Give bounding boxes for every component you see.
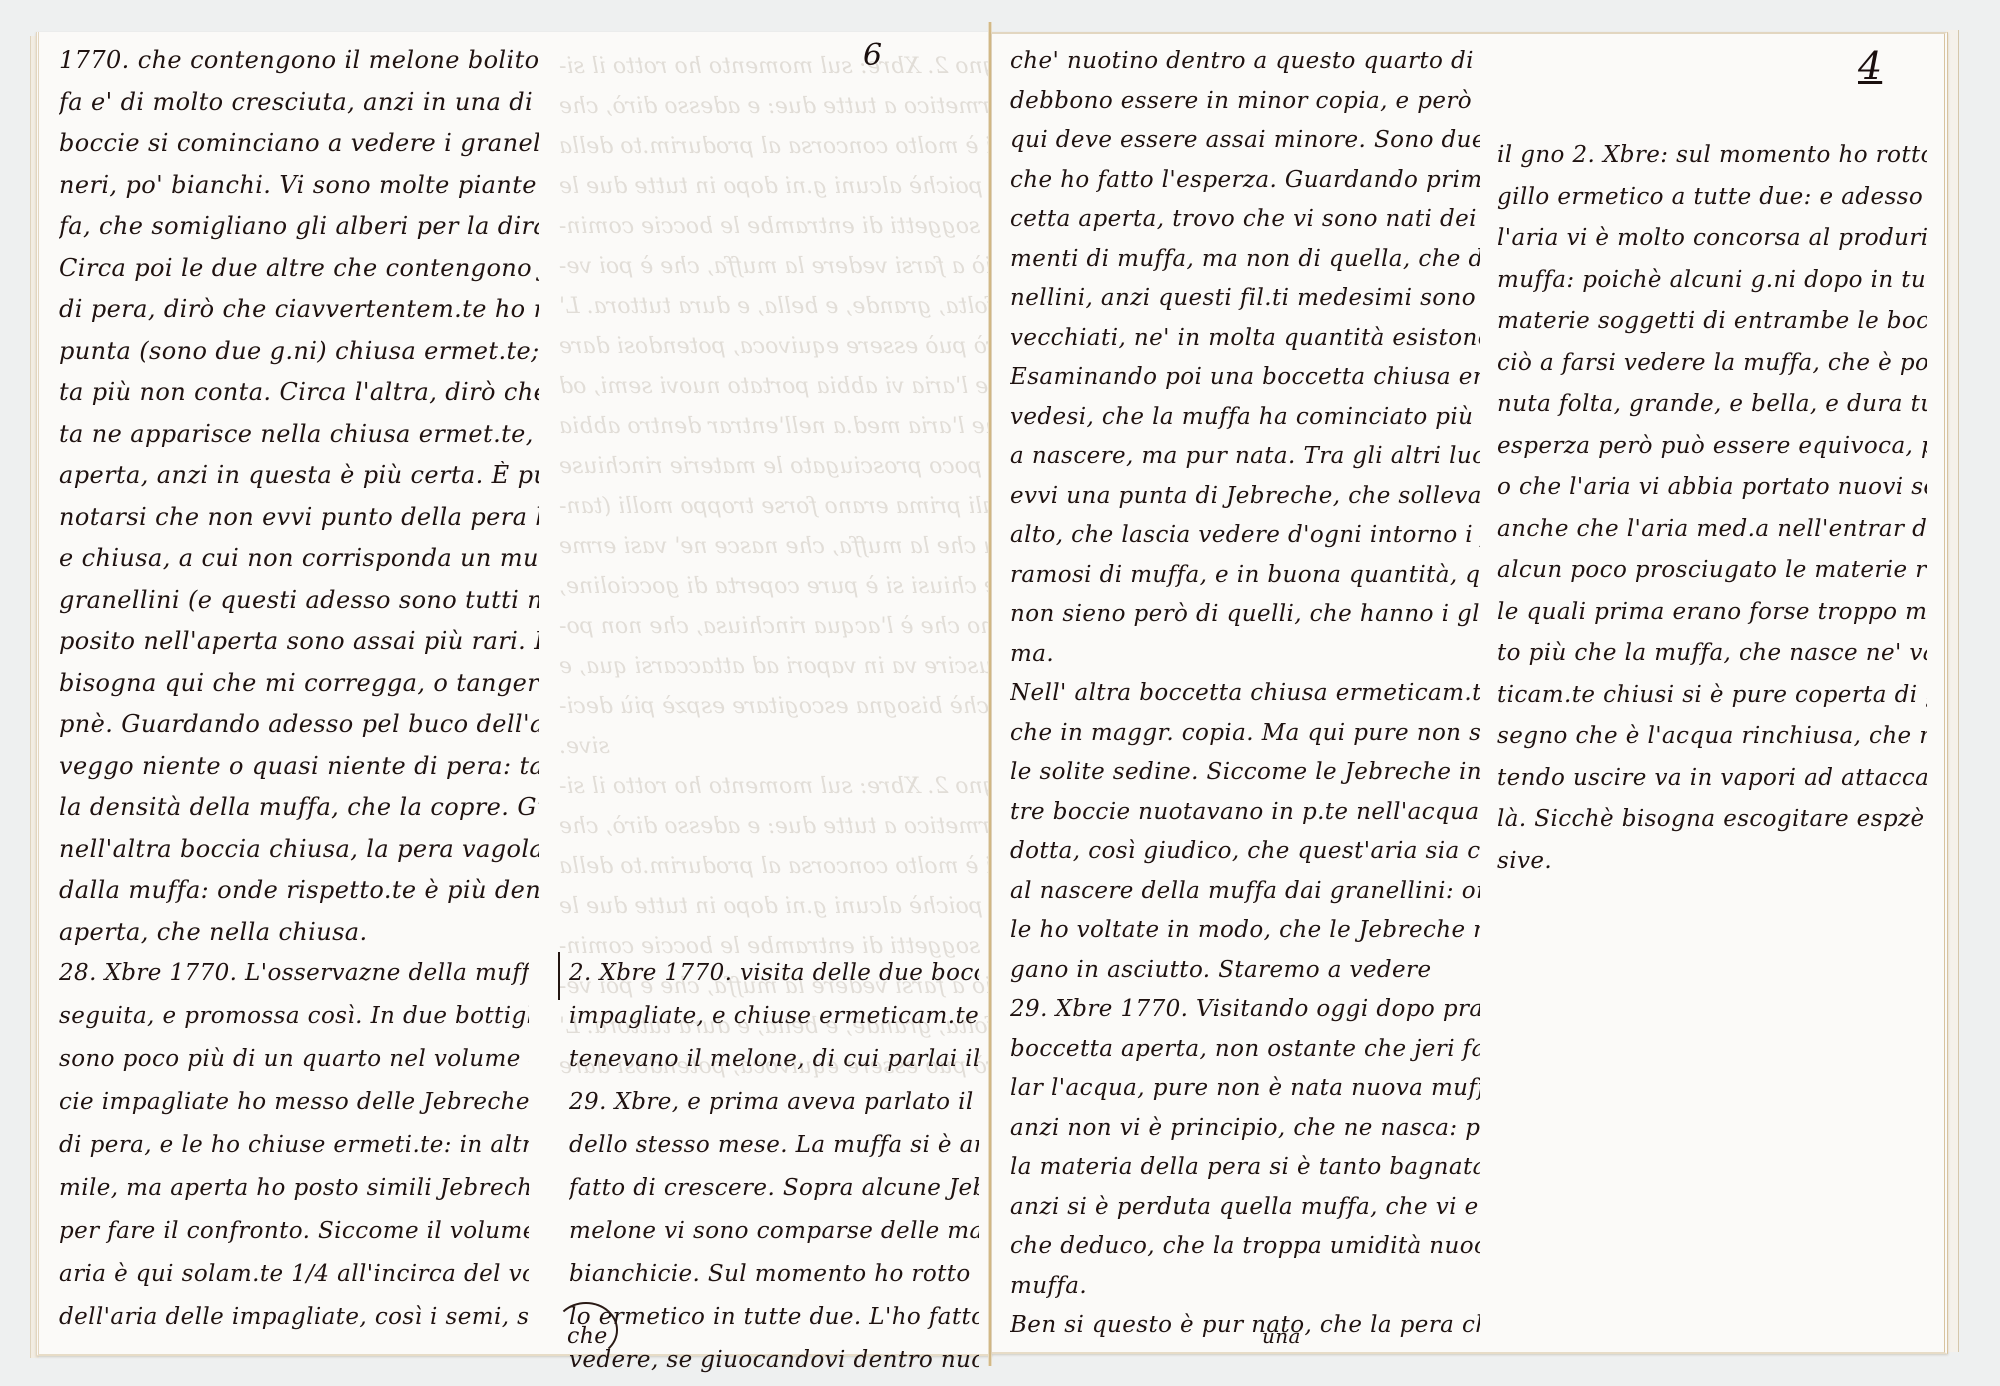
- bleedthrough-line: ciò a farsi vedere la muffa, che è poi v…: [559, 254, 1005, 279]
- manuscript-line: tre boccie nuotavano in p.te nell'acqua …: [1010, 799, 1480, 825]
- bleedthrough-line: il gno 2. Xbre: sul momento ho rotto il …: [559, 54, 1018, 79]
- manuscript-line: boccetta aperta, non ostante che jeri fa…: [1010, 1036, 1480, 1062]
- manuscript-line: e chiusa, a cui non corrisponda un mucch…: [59, 544, 539, 572]
- manuscript-line: cie impagliate ho messo delle Jebreche b…: [59, 1089, 529, 1115]
- page-number-right: 4: [1858, 44, 1882, 88]
- right-page: 4 che' nuotino dentro a questo quarto di…: [992, 32, 1948, 1354]
- manuscript-line: Nell' altra boccetta chiusa ermeticam.te…: [1010, 680, 1480, 706]
- manuscript-line: ta ne apparisce nella chiusa ermet.te, q…: [59, 420, 539, 448]
- manuscript-line: sive.: [1497, 848, 1552, 874]
- manuscript-line: là. Sicchè bisogna escogitare espzè più …: [1497, 806, 1927, 832]
- manuscript-line: fa e' di molto cresciuta, anzi in una di…: [59, 88, 539, 116]
- manuscript-line: che' nuotino dentro a questo quarto di v…: [1010, 48, 1480, 74]
- page-number-left: 6: [863, 38, 882, 73]
- manuscript-line: to più che la muffa, che nasce ne' vasi …: [1497, 640, 1927, 666]
- manuscript-line: debbono essere in minor copia, e però la…: [1010, 88, 1480, 114]
- manuscript-line: sono poco più di un quarto nel volume de…: [59, 1046, 529, 1072]
- manuscript-line: che ho fatto l'esperza. Guardando prima …: [1010, 167, 1480, 193]
- bleedthrough-line: le quali prima erano forse troppo molli …: [559, 494, 1051, 519]
- manuscript-line: per fare il confronto. Siccome il volume…: [59, 1218, 529, 1244]
- manuscript-line: neri, po' bianchi. Vi sono molte piante …: [59, 171, 539, 199]
- manuscript-line: che in maggr. copia. Ma qui pure non se …: [1010, 720, 1480, 746]
- manuscript-line: dalla muffa: onde rispetto.te è più dens…: [59, 876, 539, 904]
- manuscript-line: aperta, che nella chiusa.: [59, 918, 368, 946]
- manuscript-line: gano in asciutto. Staremo a vedere: [1010, 957, 1431, 983]
- circled-word: che: [567, 1324, 608, 1349]
- manuscript-line: vecchiati, ne' in molta quantità esiston…: [1010, 325, 1480, 351]
- manuscript-line: anche che l'aria med.a nell'entrar dentr…: [1497, 516, 1927, 542]
- manuscript-line: lo ermetico in tutte due. L'ho fatto per…: [569, 1304, 979, 1330]
- manuscript-line: muffa: poichè alcuni g.ni dopo in tutte …: [1497, 267, 1927, 293]
- entry-bracket: [558, 952, 560, 1000]
- bleedthrough-line: gillo ermetico a tutte due: e adesso dir…: [559, 814, 1058, 839]
- manuscript-line: cetta aperta, trovo che vi sono nati dei…: [1010, 206, 1480, 232]
- manuscript-line: mile, ma aperta ho posto simili Jebreche…: [59, 1175, 529, 1201]
- manuscript-line: il gno 2. Xbre: sul momento ho rotto il …: [1497, 142, 1927, 168]
- manuscript-line: 28. Xbre 1770. L'osservazne della muffa …: [59, 960, 529, 986]
- manuscript-line: al nascere della muffa dai granellini: o…: [1010, 878, 1480, 904]
- manuscript-line: fa, che somigliano gli alberi per la dir…: [59, 212, 539, 240]
- manuscript-line: impagliate, e chiuse ermeticam.te, che c…: [569, 1003, 979, 1029]
- manuscript-line: muffa.: [1010, 1273, 1087, 1299]
- manuscript-line: veggo niente o quasi niente di pera: tan…: [59, 752, 539, 780]
- manuscript-line: 29. Xbre, e prima aveva parlato il gno 2…: [569, 1089, 979, 1115]
- manuscript-line: 1770. che contengono il melone bolito, l…: [59, 46, 539, 74]
- manuscript-line: Esaminando poi una boccetta chiusa ermet…: [1010, 364, 1480, 390]
- manuscript-line: le solite sedine. Siccome le Jebreche in…: [1010, 759, 1480, 785]
- manuscript-line: ma.: [1010, 641, 1054, 667]
- manuscript-line: posito nell'aperta sono assai più rari. …: [59, 627, 539, 655]
- manuscript-line: granellini (e questi adesso sono tutti n…: [59, 586, 539, 614]
- left-page: il gno 2. Xbre: sul momento ho rotto il …: [36, 32, 992, 1356]
- bleedthrough-line: nuta folta, grande, e bella, e dura tutt…: [559, 294, 1053, 319]
- manuscript-line: ticam.te chiusi si è pure coperta di goc…: [1497, 682, 1927, 708]
- manuscript-line: lar l'acqua, pure non è nata nuova muffa: [1010, 1075, 1480, 1101]
- manuscript-line: dell'aria delle impagliate, così i semi,…: [59, 1304, 529, 1330]
- bleedthrough-line: alcun poco prosciugato le materie rinchi…: [559, 454, 1050, 479]
- manuscript-line: alcun poco prosciugato le materie rinchi…: [1497, 557, 1927, 583]
- manuscript-line: 29. Xbre 1770. Visitando oggi dopo pranz…: [1010, 996, 1480, 1022]
- manuscript-line: pnè. Guardando adesso pel buco dell'aper…: [59, 710, 539, 738]
- manuscript-line: nuta folta, grande, e bella, e dura tutt…: [1497, 391, 1927, 417]
- manuscript-line: dotta, così giudico, che quest'aria sia …: [1010, 838, 1480, 864]
- manuscript-line: tenevano il melone, di cui parlai il gno…: [569, 1046, 979, 1072]
- manuscript-line: ramosi di muffa, e in buona quantità, qu…: [1010, 562, 1480, 588]
- manuscript-line: dello stesso mese. La muffa si è arresta…: [569, 1132, 979, 1158]
- manuscript-line: ta più non conta. Circa l'altra, dirò ch…: [59, 378, 539, 406]
- manuscript-line: di pera, e le ho chiuse ermeti.te: in al…: [59, 1132, 529, 1158]
- manuscript-line: gillo ermetico a tutte due: e adesso dir…: [1497, 184, 1927, 210]
- manuscript-line: melone vi sono comparse delle macchie gi…: [569, 1218, 979, 1244]
- manuscript-line: la densità della muffa, che la copre. Gu…: [59, 793, 539, 821]
- manuscript-line: o che l'aria vi abbia portato nuovi semi…: [1497, 474, 1927, 500]
- manuscript-line: anzi non vi è principio, che ne nasca: p…: [1010, 1115, 1480, 1141]
- bleedthrough-line: il gno 2. Xbre: sul momento ho rotto il …: [559, 774, 1018, 799]
- bleedthrough-line: muffa: poichè alcuni g.ni dopo in tutte …: [559, 894, 1061, 919]
- manuscript-line: 2. Xbre 1770. visita delle due boccie: [569, 960, 979, 986]
- manuscript-line: fatto di crescere. Sopra alcune Jebreche…: [569, 1175, 979, 1201]
- manuscript-line: Ben si questo è pur nato, che la pera ch…: [1010, 1312, 1480, 1338]
- manuscript-line: di pera, dirò che ciavvertentem.te ho ro…: [59, 295, 539, 323]
- manuscript-line: nell'altra boccia chiusa, la pera vagola…: [59, 835, 539, 863]
- open-notebook: il gno 2. Xbre: sul momento ho rotto il …: [0, 0, 2000, 1386]
- manuscript-line: le ho voltate in modo, che le Jebreche r…: [1010, 917, 1480, 943]
- manuscript-line: esperza però può essere equivoca, potend…: [1497, 433, 1927, 459]
- manuscript-line: bianchicie. Sul momento ho rotto il sigi…: [569, 1261, 979, 1287]
- manuscript-line: tendo uscire va in vapori ad attaccarsi …: [1497, 765, 1927, 791]
- bottom-fragment: una: [1262, 1324, 1301, 1348]
- manuscript-line: boccie si cominciano a vedere i granelli…: [59, 129, 539, 157]
- bleedthrough-line: sive.: [559, 734, 610, 759]
- manuscript-line: evvi una punta di Jebreche, che sollevas…: [1010, 483, 1480, 509]
- manuscript-line: bisogna qui che mi corregga, o tangeri l…: [59, 669, 539, 697]
- bleedthrough-line: là. Sicchè bisogna escogitare espzè più …: [559, 694, 1058, 719]
- manuscript-line: vedere, se giuocandovi dentro nuov'aria: [569, 1347, 979, 1373]
- manuscript-line: materie soggetti di entrambe le boccie c…: [1497, 308, 1927, 334]
- manuscript-line: l'aria vi è molto concorsa al produrim.t…: [1497, 225, 1927, 251]
- manuscript-line: che deduco, che la troppa umidità nuoce …: [1010, 1233, 1480, 1259]
- manuscript-line: aperta, anzi in questa è più certa. È pu…: [59, 461, 539, 489]
- manuscript-line: a nascere, ma pur nata. Tra gli altri lu…: [1010, 443, 1480, 469]
- manuscript-line: Circa poi le due altre che contengono Je…: [59, 254, 539, 282]
- manuscript-line: menti di muffa, ma non di quella, che da…: [1010, 246, 1480, 272]
- manuscript-line: la materia della pera si è tanto bagnata…: [1010, 1154, 1480, 1180]
- manuscript-line: nellini, anzi questi fil.ti medesimi son…: [1010, 285, 1480, 311]
- manuscript-line: seguita, e promossa così. In due bottigl…: [59, 1003, 529, 1029]
- manuscript-line: ciò a farsi vedere la muffa, che è poi v…: [1497, 350, 1927, 376]
- manuscript-line: aria è qui solam.te 1/4 all'incirca del …: [59, 1261, 529, 1287]
- bleedthrough-line: muffa: poichè alcuni g.ni dopo in tutte …: [559, 174, 1061, 199]
- bleedthrough-line: segno che è l'acqua rinchiusa, che non p…: [559, 614, 1033, 639]
- manuscript-line: segno che è l'acqua rinchiusa, che non p…: [1497, 723, 1927, 749]
- manuscript-line: punta (sono due g.ni) chiusa ermet.te; o…: [59, 337, 539, 365]
- manuscript-line: non sieno però di quelli, che hanno i gl…: [1010, 601, 1480, 627]
- manuscript-line: alto, che lascia vedere d'ogni intorno i…: [1010, 522, 1480, 548]
- manuscript-line: vedesi, che la muffa ha cominciato più t…: [1010, 404, 1480, 430]
- manuscript-line: le quali prima erano forse troppo molli …: [1497, 599, 1927, 625]
- manuscript-line: notarsi che non evvi punto della pera bo…: [59, 503, 539, 531]
- manuscript-line: qui deve essere assai minore. Sono due q…: [1010, 127, 1480, 153]
- bleedthrough-line: o che l'aria vi abbia portato nuovi semi…: [559, 374, 1035, 399]
- manuscript-line: anzi si è perduta quella muffa, che vi e…: [1010, 1194, 1480, 1220]
- bleedthrough-line: gillo ermetico a tutte due: e adesso dir…: [559, 94, 1058, 119]
- bleedthrough-line: to più che la muffa, che nasce ne' vasi …: [559, 534, 1048, 559]
